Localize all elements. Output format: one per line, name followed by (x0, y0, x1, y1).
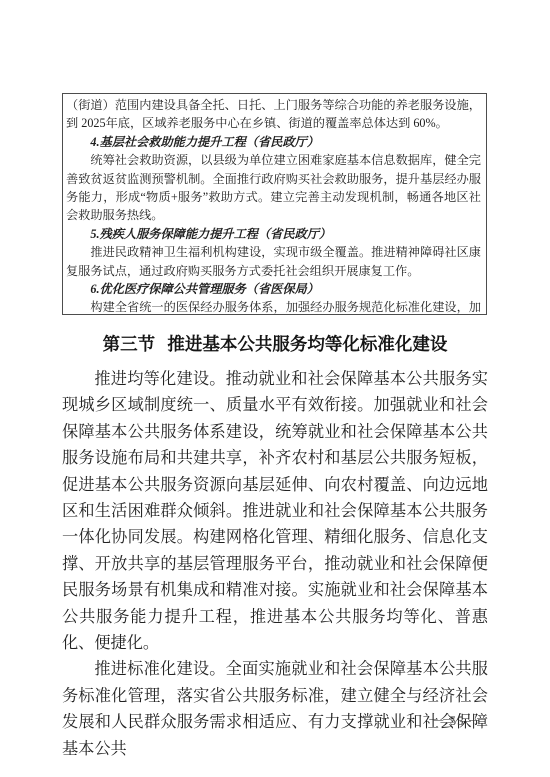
section-heading: 第三节推进基本公共服务均等化标准化建设 (0, 331, 550, 357)
section-number: 第三节 (103, 334, 156, 354)
box-paragraph: 统筹社会救助资源，以县级为单位建立困难家庭基本信息数据库，健全完善致贫返贫监测预… (66, 151, 481, 225)
body-text: 推进均等化建设。推动就业和社会保障基本公共服务实现城乡区域制度统一、质量水平有效… (62, 366, 488, 762)
box-paragraph-continuation: （街道）范围内建设具备全托、日托、上门服务等综合功能的养老服务设施，到 2025… (66, 96, 481, 133)
paragraph-standardization: 推进标准化建设。全面实施就业和社会保障基本公共服务标准化管理，落实省公共服务标准… (62, 656, 488, 762)
box-item-heading-6: 6.优化医疗保障公共管理服务（省医保局） (66, 280, 481, 298)
document-page: （街道）范围内建设具备全托、日托、上门服务等综合功能的养老服务设施，到 2025… (0, 0, 550, 777)
section-title-text: 推进基本公共服务均等化标准化建设 (167, 334, 447, 354)
box-paragraph: 构建全省统一的医保经办服务体系，加强经办服务规范化标准化建设，加快完善异地就医结… (66, 298, 481, 315)
box-item-heading-5: 5.残疾人服务保障能力提升工程（省民政厅） (66, 225, 481, 243)
paragraph-equalization: 推进均等化建设。推动就业和社会保障基本公共服务实现城乡区域制度统一、质量水平有效… (62, 366, 488, 656)
project-list-box: （街道）范围内建设具备全托、日托、上门服务等综合功能的养老服务设施，到 2025… (62, 93, 487, 315)
box-paragraph: 推进民政精神卫生福利机构建设，实现市级全覆盖。推进精神障碍社区康复服务试点，通过… (66, 243, 481, 280)
page-number: － 55 － (432, 711, 482, 729)
box-item-heading-4: 4.基层社会救助能力提升工程（省民政厅） (66, 133, 481, 151)
